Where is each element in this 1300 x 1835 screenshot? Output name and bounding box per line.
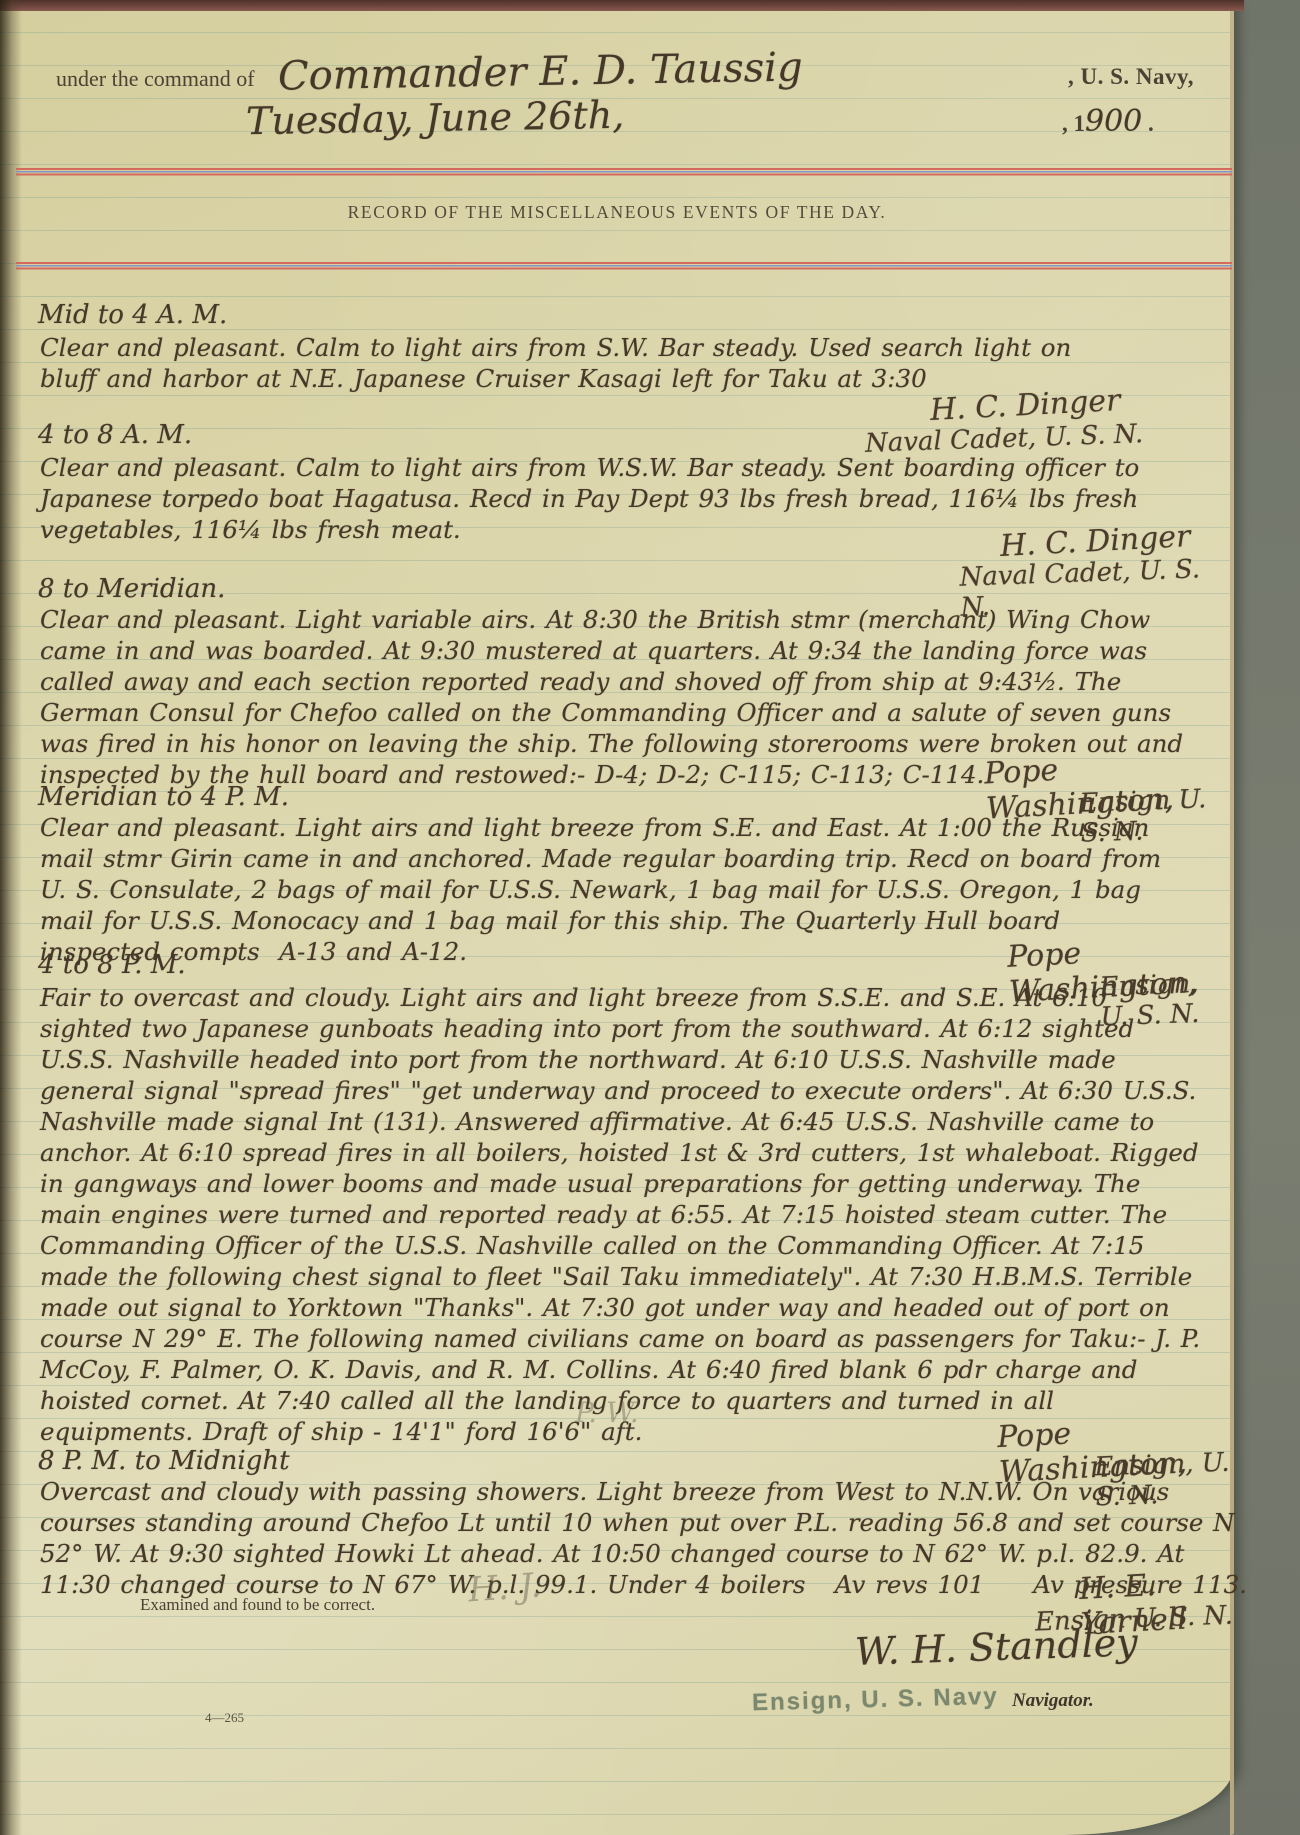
watch-heading-8pm-to-midnight: 8 P. M. to Midnight (38, 1446, 290, 1476)
logbook-page: under the command of Commander E. D. Tau… (0, 0, 1234, 1835)
watch-entry-8pm-to-midnight: Overcast and cloudy with passing showers… (40, 1476, 1250, 1600)
form-number: 4—265 (205, 1710, 244, 1726)
pencil-initials-hj: H. J. (467, 1565, 543, 1610)
watch-heading-8-to-meridian: 8 to Meridian. (38, 574, 225, 604)
printed-command-prefix: under the command of (56, 66, 255, 92)
watch-heading-meridian-to-4pm: Meridian to 4 P. M. (38, 782, 289, 812)
ruled-divider-top (16, 168, 1232, 176)
examined-correct-printed-line: Examined and found to be correct. (140, 1595, 375, 1615)
watch-heading-mid-to-4am: Mid to 4 A. M. (38, 300, 227, 330)
year-printed-part: , 1 (1062, 111, 1085, 136)
printed-us-navy-label: , U. S. Navy, (1068, 64, 1194, 90)
ensign-us-navy-stamp: Ensign, U. S. Navy (752, 1683, 999, 1717)
ruled-divider-bottom (16, 262, 1232, 270)
commander-name-handwritten: Commander E. D. Taussig (278, 42, 919, 99)
watch-entry-meridian-to-4pm: Clear and pleasant. Light airs and light… (40, 812, 1170, 967)
navigator-printed-label: Navigator. (1012, 1690, 1094, 1712)
watch-heading-4-to-8pm: 4 to 8 P. M. (38, 950, 186, 980)
year-handwritten-part: 900 (1085, 104, 1142, 139)
date-handwritten: Tuesday, June 26th, (246, 93, 625, 144)
page-gutter-shadow (0, 0, 22, 1835)
year-line: , 1900 . (1062, 104, 1154, 139)
watch-entry-mid-to-4am: Clear and pleasant. Calm to light airs f… (40, 332, 1080, 394)
watch-entry-4-to-8pm: Fair to overcast and cloudy. Light airs … (40, 982, 1208, 1447)
page-top-binding-edge (0, 0, 1244, 11)
watch-heading-4-to-8am: 4 to 8 A. M. (38, 420, 192, 450)
signature-standley: W. H. Standley (854, 1620, 1138, 1674)
pencil-initials-pw: P. W. (575, 1396, 639, 1429)
record-of-events-title: RECORD OF THE MISCELLANEOUS EVENTS OF TH… (0, 202, 1234, 223)
year-period: . (1142, 111, 1154, 136)
